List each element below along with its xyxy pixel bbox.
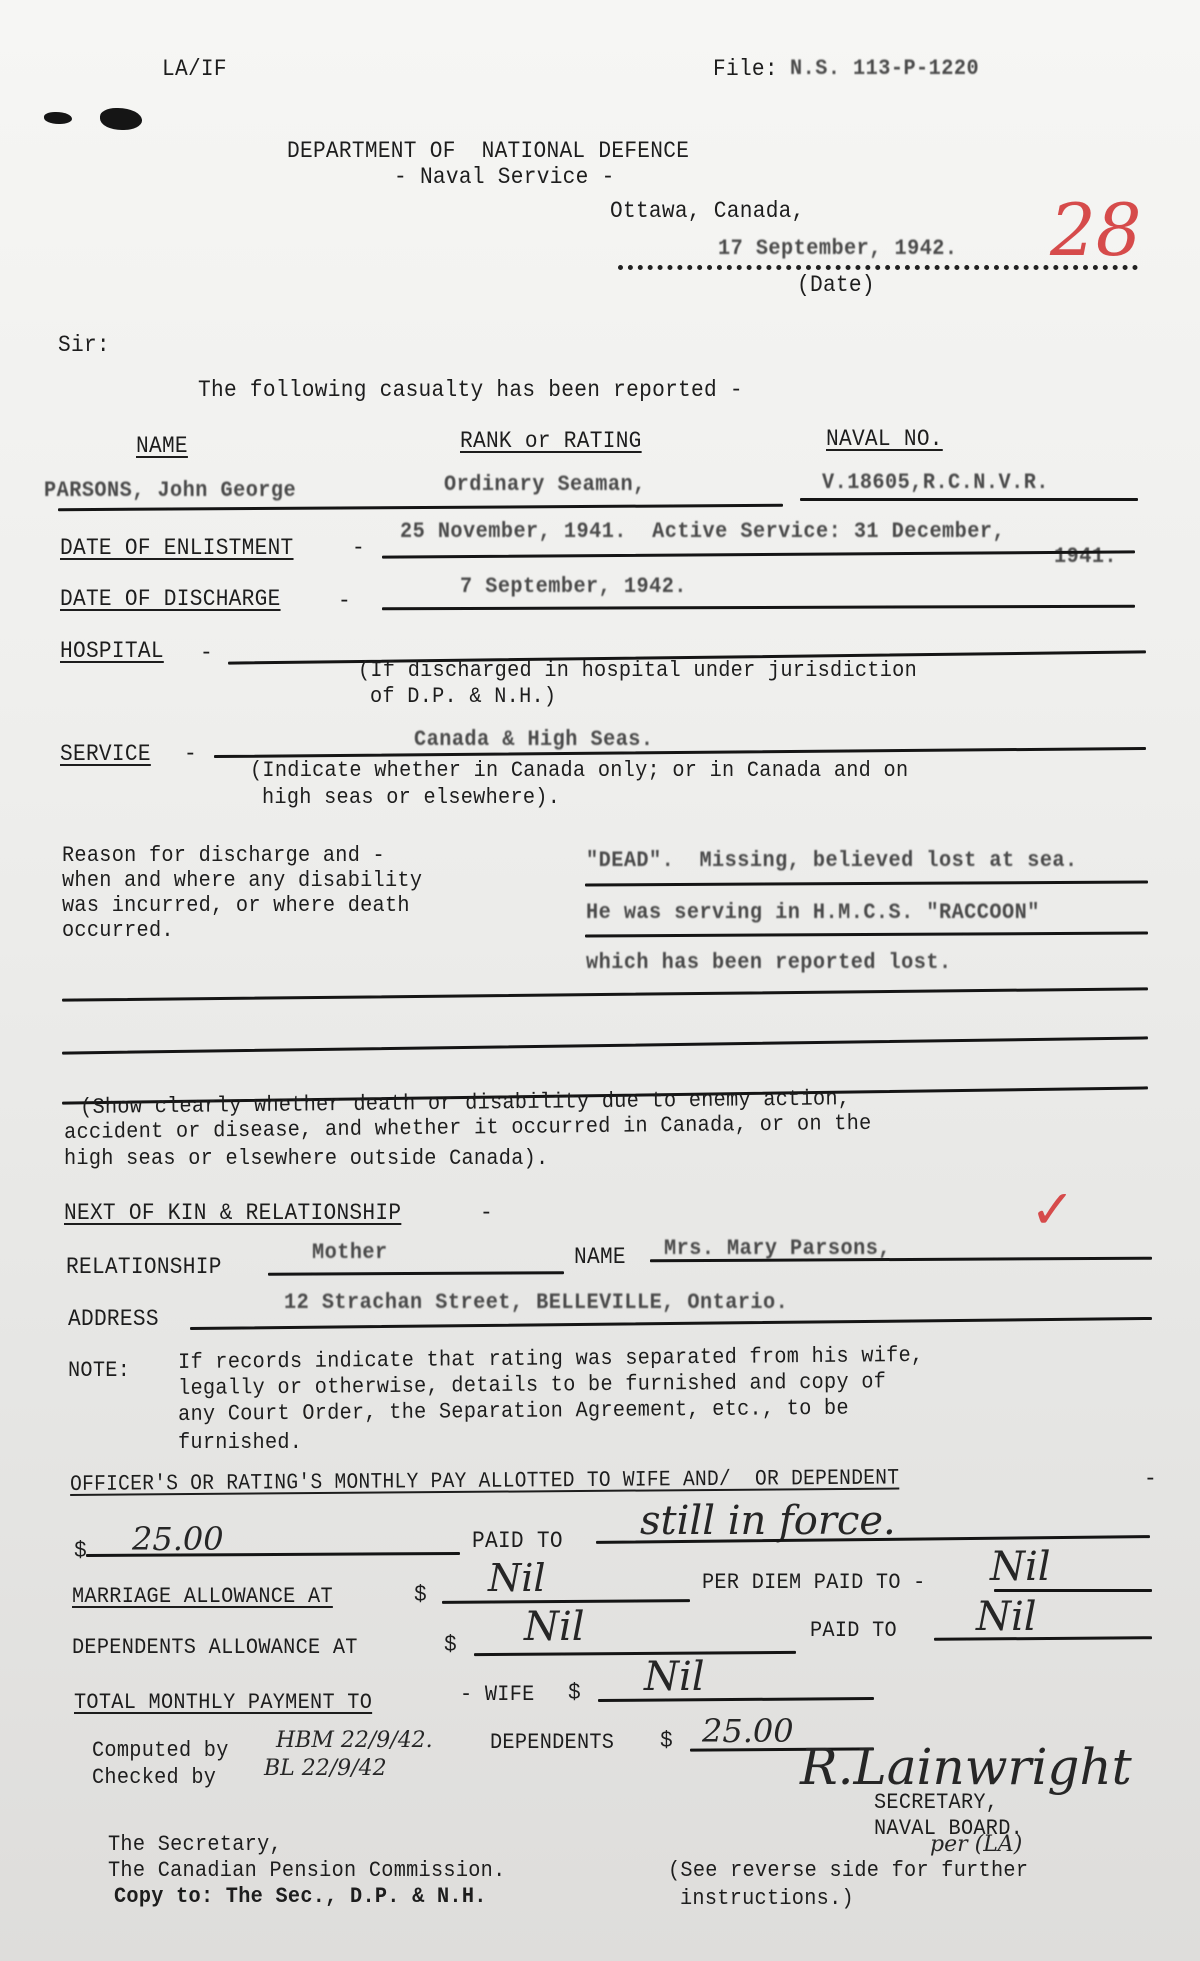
casualty-line-right <box>800 498 1138 501</box>
dependents-currency: $ <box>660 1728 673 1754</box>
address-value: 12 Strachan Street, BELLEVILLE, Ontario. <box>284 1290 788 1316</box>
allotted-line <box>86 1552 460 1557</box>
wife-label: - WIFE <box>460 1682 535 1707</box>
kin-name-label: NAME <box>574 1244 626 1270</box>
reason-line-1 <box>585 881 1148 887</box>
per-diem-value: Nil <box>990 1544 1051 1590</box>
discharge-dash: - <box>338 588 351 614</box>
enlistment-label: DATE OF ENLISTMENT <box>60 535 294 561</box>
paid-to-value: still in force. <box>640 1498 896 1544</box>
service-subtitle: - Naval Service - <box>394 164 615 190</box>
paid-to-label: PAID TO <box>472 1528 563 1554</box>
reason-value-3: which has been reported lost. <box>586 950 952 976</box>
hospital-dash: - <box>200 640 213 666</box>
discharge-line <box>382 605 1135 611</box>
service-note-2: high seas or elsewhere). <box>262 785 560 810</box>
relationship-label: RELATIONSHIP <box>66 1254 222 1280</box>
reason-line-3 <box>62 987 1148 1001</box>
punch-hole-left <box>44 112 72 124</box>
reason-label-1: Reason for discharge and - <box>62 843 385 868</box>
document-page: LA/IF File: N.S. 113-P-1220 DEPARTMENT O… <box>0 0 1200 1961</box>
wife-currency: $ <box>568 1680 581 1706</box>
reverse-note-1: (See reverse side for further <box>668 1858 1028 1883</box>
wife-value: Nil <box>644 1654 705 1700</box>
dependents-paid-to-label: PAID TO <box>810 1618 897 1643</box>
per-initials: per (LA) <box>930 1832 1022 1857</box>
reason-label-4: occurred. <box>62 918 174 943</box>
casualty-rank: Ordinary Seaman, <box>444 472 646 498</box>
department-title: DEPARTMENT OF NATIONAL DEFENCE <box>287 138 689 164</box>
signature: R.Lainwright <box>800 1738 1132 1796</box>
relationship-value: Mother <box>312 1240 388 1266</box>
reason-value-1: "DEAD". Missing, believed lost at sea. <box>586 848 1078 874</box>
document-date: 17 September, 1942. <box>718 236 958 262</box>
note-line-4: furnished. <box>178 1430 302 1455</box>
discharge-label: DATE OF DISCHARGE <box>60 586 281 612</box>
intro-text: The following casualty has been reported… <box>198 377 743 403</box>
dependents-value: 25.00 <box>702 1712 794 1750</box>
casualty-line-left <box>58 504 783 511</box>
reason-value-2: He was serving in H.M.C.S. "RACCOON" <box>586 900 1040 926</box>
hospital-note-1: (If discharged in hospital under jurisdi… <box>358 658 917 683</box>
reason-label-3: was incurred, or where death <box>62 893 410 918</box>
service-value: Canada & High Seas. <box>414 727 654 753</box>
rank-header: RANK or RATING <box>460 428 642 454</box>
pay-heading: OFFICER'S OR RATING'S MONTHLY PAY ALLOTT… <box>70 1465 899 1497</box>
addressee-line-1: The Secretary, <box>108 1832 282 1857</box>
marriage-currency: $ <box>414 1582 427 1608</box>
service-note-1: (Indicate whether in Canada only; or in … <box>250 758 908 783</box>
reason-line-4 <box>62 1036 1148 1054</box>
reverse-note-2: instructions.) <box>680 1886 854 1911</box>
wife-line <box>598 1697 874 1702</box>
address-label: ADDRESS <box>68 1306 159 1332</box>
computed-label: Computed by <box>92 1738 229 1763</box>
salutation: Sir: <box>58 332 110 358</box>
discharge-value: 7 September, 1942. <box>460 574 687 600</box>
dependents-paid-to-value: Nil <box>976 1594 1037 1640</box>
total-payment-label: TOTAL MONTHLY PAYMENT TO <box>74 1690 372 1715</box>
marriage-allowance-label: MARRIAGE ALLOWANCE AT <box>72 1584 333 1609</box>
note-line-3: any Court Order, the Separation Agreemen… <box>178 1396 849 1427</box>
location: Ottawa, Canada, <box>610 198 805 224</box>
enlistment-line <box>382 550 1135 558</box>
address-line <box>190 1317 1152 1330</box>
dependents-allowance-line <box>474 1651 796 1656</box>
marriage-allowance-value: Nil <box>488 1556 546 1600</box>
per-diem-line <box>994 1589 1152 1592</box>
reference-code: LA/IF <box>162 56 227 82</box>
next-of-kin-dash: - <box>480 1200 493 1226</box>
red-page-number: 28 <box>1050 190 1142 270</box>
relationship-line <box>268 1271 564 1276</box>
checked-value: BL 22/9/42 <box>264 1756 387 1781</box>
allotted-currency: $ <box>74 1538 87 1564</box>
dependents-allowance-label: DEPENDENTS ALLOWANCE AT <box>72 1635 358 1660</box>
next-of-kin-heading: NEXT OF KIN & RELATIONSHIP <box>64 1200 401 1226</box>
computed-value: HBM 22/9/42. <box>276 1728 433 1753</box>
punch-hole-right <box>100 108 142 130</box>
allotted-amount: 25.00 <box>132 1520 224 1558</box>
enlistment-dash: - <box>352 535 365 561</box>
name-header: NAME <box>136 433 188 459</box>
hospital-label: HOSPITAL <box>60 638 164 664</box>
dependents-allowance-currency: $ <box>444 1632 457 1658</box>
pay-heading-dash: - <box>1144 1466 1157 1492</box>
date-caption: (Date) <box>797 272 875 298</box>
checked-label: Checked by <box>92 1765 216 1790</box>
naval-no-header: NAVAL NO. <box>826 426 943 452</box>
dependents-allowance-value: Nil <box>524 1604 585 1650</box>
casualty-naval-no: V.18605,R.C.N.V.R. <box>822 470 1049 496</box>
addressee-line-2: The Canadian Pension Commission. <box>108 1858 506 1883</box>
service-line <box>214 747 1146 758</box>
reason-label-2: when and where any disability <box>62 868 422 893</box>
service-label: SERVICE <box>60 741 151 767</box>
per-diem-label: PER DIEM PAID TO - <box>702 1570 926 1595</box>
enlistment-value-cont: 1941. <box>1054 544 1117 570</box>
red-check-mark: ✓ <box>1030 1180 1075 1240</box>
file-label: File: <box>713 56 778 82</box>
reason-note-3: high seas or elsewhere outside Canada). <box>64 1146 548 1171</box>
note-label: NOTE: <box>68 1358 130 1383</box>
secretary-title: SECRETARY, <box>874 1790 998 1815</box>
enlistment-value: 25 November, 1941. Active Service: 31 De… <box>400 519 1005 545</box>
service-dash: - <box>184 741 197 767</box>
reason-line-2 <box>585 932 1148 938</box>
copy-to: Copy to: The Sec., D.P. & N.H. <box>114 1884 487 1909</box>
file-number: N.S. 113-P-1220 <box>790 56 979 82</box>
dependents-paid-to-line <box>934 1636 1152 1641</box>
casualty-name: PARSONS, John George <box>44 478 296 504</box>
hospital-note-2: of D.P. & N.H.) <box>370 684 556 709</box>
dependents-label: DEPENDENTS <box>490 1730 614 1755</box>
